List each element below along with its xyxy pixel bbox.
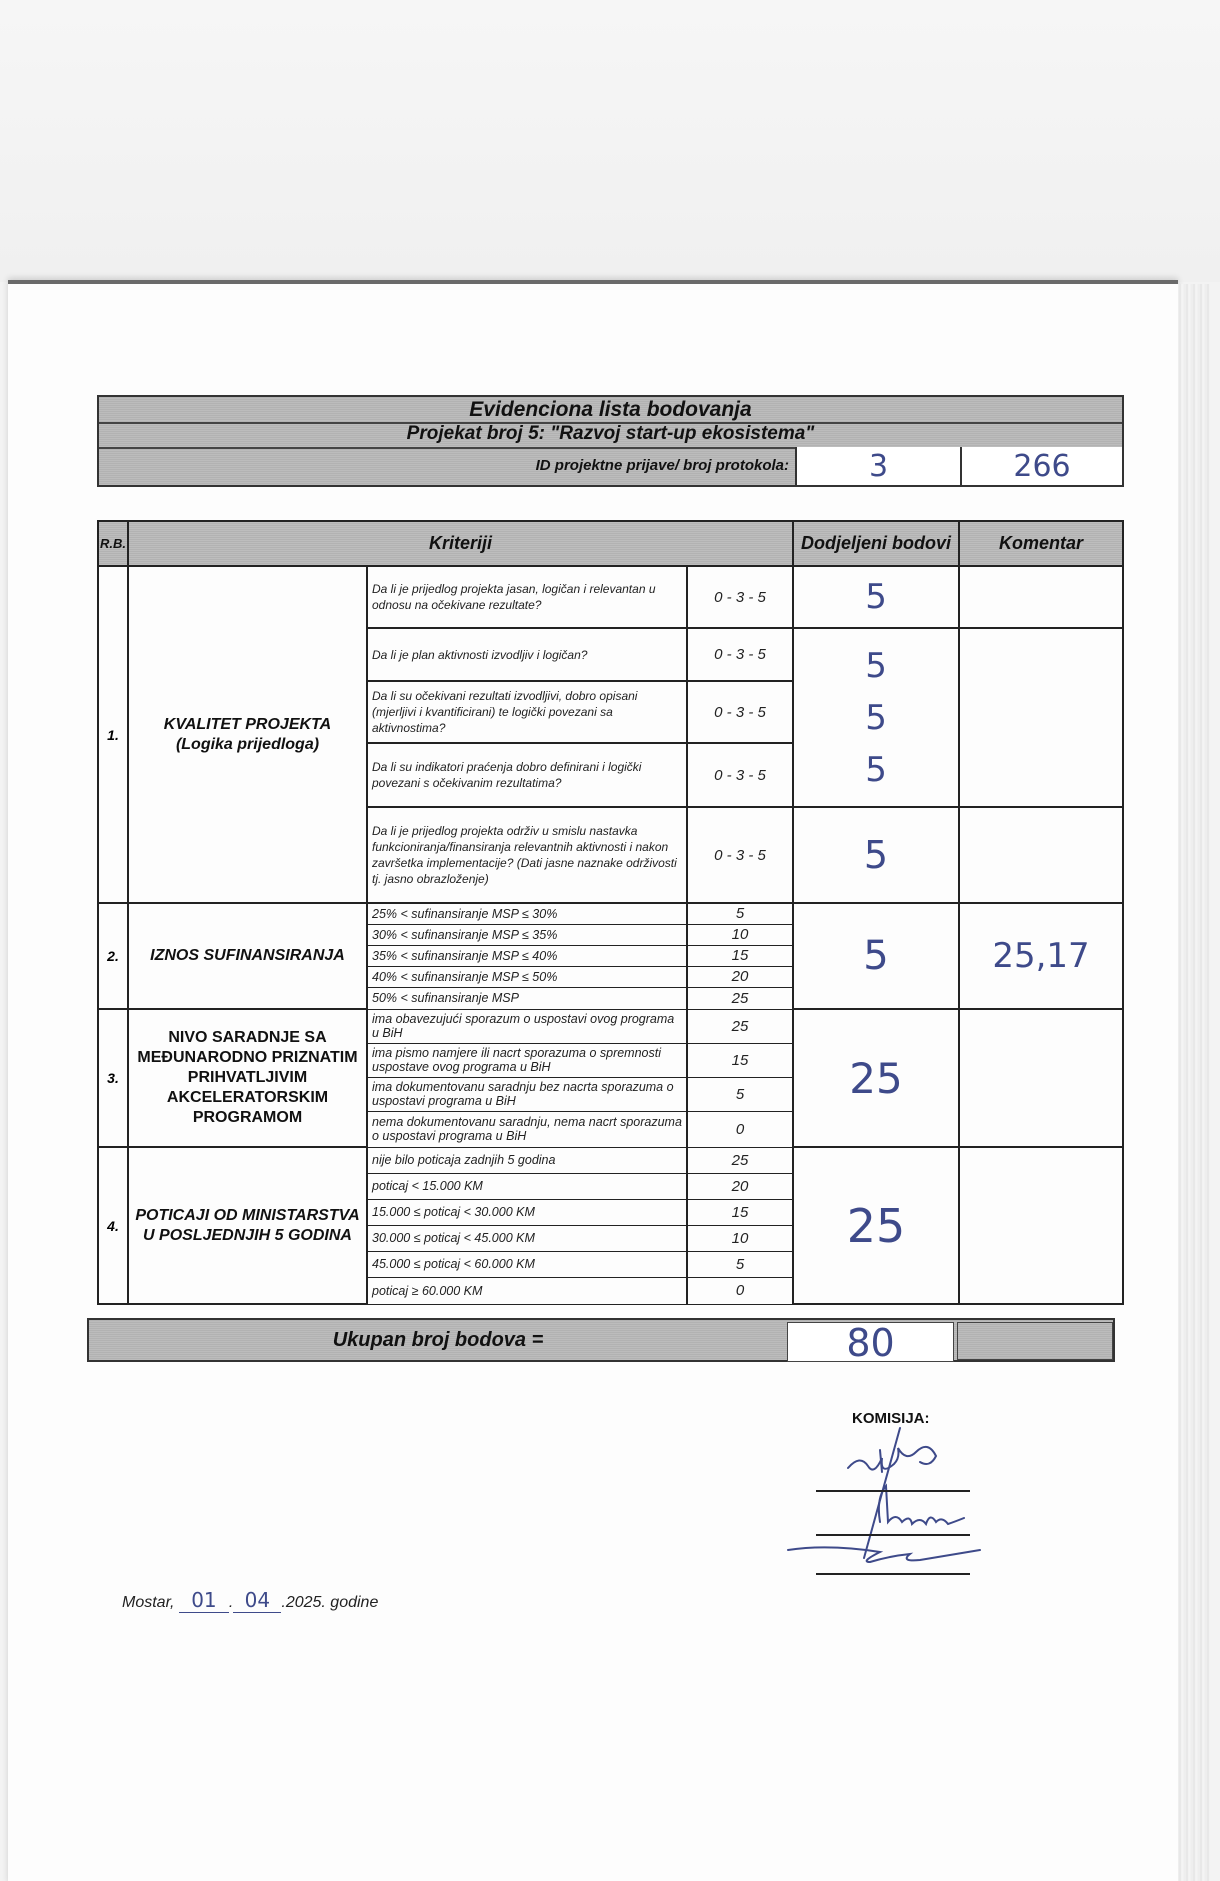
table-row: 3. NIVO SARADNJE SA MEĐUNARODNO PRIZNATI…: [98, 1009, 1123, 1043]
option-label: ima pismo namjere ili nacrt sporazuma o …: [367, 1043, 687, 1077]
option-label: 40% < sufinansiranje MSP ≤ 50%: [367, 966, 687, 987]
score-range: 0 - 3 - 5: [687, 681, 793, 743]
criterion-question: Da li je prijedlog projekta jasan, logič…: [367, 566, 687, 628]
assigned-score[interactable]: 5: [793, 566, 959, 628]
option-points: 5: [687, 1077, 793, 1111]
criterion-title: KVALITET PROJEKTA: [129, 715, 366, 735]
comment-cell[interactable]: [959, 628, 1123, 807]
criterion-name: IZNOS SUFINANSIRANJA: [128, 903, 367, 1009]
option-label: 50% < sufinansiranje MSP: [367, 987, 687, 1009]
table-row: 4. POTICAJI OD MINISTARSTVA U POSLJEDNJI…: [98, 1147, 1123, 1173]
option-points: 25: [687, 1147, 793, 1173]
place-date: Mostar, 01.04.2025. godine: [122, 1588, 378, 1613]
criterion-question: Da li su indikatori praćenja dobro defin…: [367, 743, 687, 807]
option-points: 15: [687, 1199, 793, 1225]
option-points: 20: [687, 966, 793, 987]
id-label: ID projektne prijave/ broj protokola:: [99, 447, 795, 485]
option-label: 45.000 ≤ poticaj < 60.000 KM: [367, 1251, 687, 1277]
option-points: 10: [687, 924, 793, 945]
assigned-score[interactable]: 25: [793, 1009, 959, 1147]
criterion-question: Da li je plan aktivnosti izvodljiv i log…: [367, 628, 687, 681]
criterion-subtitle: (Logika prijedloga): [129, 735, 366, 755]
option-label: 25% < sufinansiranje MSP ≤ 30%: [367, 903, 687, 924]
protocol-value[interactable]: 266: [960, 447, 1122, 485]
assigned-score[interactable]: 5: [793, 807, 959, 903]
header-criteria: Kriteriji: [128, 521, 793, 566]
project-title: Projekat broj 5: "Razvoj start-up ekosis…: [99, 422, 1122, 449]
background-band: [0, 0, 1220, 282]
option-label: 30.000 ≤ poticaj < 45.000 KM: [367, 1225, 687, 1251]
option-points: 5: [687, 1251, 793, 1277]
criterion-number: 4.: [98, 1147, 128, 1304]
document-title: Evidenciona lista bodovanja: [99, 397, 1122, 424]
option-label: poticaj < 15.000 KM: [367, 1173, 687, 1199]
option-label: 15.000 ≤ poticaj < 30.000 KM: [367, 1199, 687, 1225]
date-day[interactable]: 01: [179, 1588, 229, 1613]
option-points: 0: [687, 1277, 793, 1304]
comment-cell[interactable]: [959, 807, 1123, 903]
assigned-score[interactable]: 5: [793, 903, 959, 1009]
option-points: 15: [687, 945, 793, 966]
option-label: nije bilo poticaja zadnjih 5 godina: [367, 1147, 687, 1173]
assigned-score: 5: [794, 744, 958, 796]
total-label: Ukupan broj bodova =: [89, 1320, 787, 1360]
signatures: [780, 1410, 1040, 1580]
header-rb: R.B.: [98, 521, 128, 566]
criterion-question: Da li su očekivani rezultati izvodljivi,…: [367, 681, 687, 743]
document-header: Evidenciona lista bodovanja Projekat bro…: [97, 395, 1124, 487]
header-comment: Komentar: [959, 521, 1123, 566]
criterion-number: 2.: [98, 903, 128, 1009]
comment-cell[interactable]: [959, 1009, 1123, 1147]
signature-3-icon: [788, 1547, 980, 1562]
criterion-number: 1.: [98, 566, 128, 903]
option-points: 25: [687, 987, 793, 1009]
assigned-score: 5: [794, 640, 958, 692]
criterion-question: Da li je prijedlog projekta održiv u smi…: [367, 807, 687, 903]
comment-cell[interactable]: [959, 566, 1123, 628]
signature-line: [816, 1490, 970, 1492]
table-row: 1. KVALITET PROJEKTA (Logika prijedloga)…: [98, 566, 1123, 628]
header-points: Dodjeljeni bodovi: [793, 521, 959, 566]
score-range: 0 - 3 - 5: [687, 628, 793, 681]
option-points: 15: [687, 1043, 793, 1077]
assigned-score[interactable]: 25: [793, 1147, 959, 1304]
option-label: ima obavezujući sporazum o uspostavi ovo…: [367, 1009, 687, 1043]
score-range: 0 - 3 - 5: [687, 743, 793, 807]
total-comment-cell: [957, 1322, 1113, 1360]
option-label: nema dokumentovanu saradnju, nema nacrt …: [367, 1111, 687, 1147]
criterion-name: POTICAJI OD MINISTARSTVA U POSLJEDNJIH 5…: [128, 1147, 367, 1304]
option-label: ima dokumentovanu saradnju bez nacrta sp…: [367, 1077, 687, 1111]
place: Mostar,: [122, 1594, 174, 1611]
score-range: 0 - 3 - 5: [687, 807, 793, 903]
signature-line: [816, 1534, 970, 1536]
comment-cell[interactable]: [959, 1147, 1123, 1304]
scoring-table: R.B. Kriteriji Dodjeljeni bodovi Komenta…: [97, 520, 1124, 1305]
id-value[interactable]: 3: [795, 447, 960, 485]
total-bar: Ukupan broj bodova = 80: [87, 1318, 1115, 1362]
option-label: 30% < sufinansiranje MSP ≤ 35%: [367, 924, 687, 945]
table-row: 2. IZNOS SUFINANSIRANJA 25% < sufinansir…: [98, 903, 1123, 924]
option-points: 0: [687, 1111, 793, 1147]
option-points: 10: [687, 1225, 793, 1251]
assigned-score: 5: [794, 692, 958, 744]
page-stack-edge: [1178, 284, 1210, 1881]
criterion-name: NIVO SARADNJE SA MEĐUNARODNO PRIZNATIM P…: [128, 1009, 367, 1147]
option-label: 35% < sufinansiranje MSP ≤ 40%: [367, 945, 687, 966]
criterion-name: KVALITET PROJEKTA (Logika prijedloga): [128, 566, 367, 903]
option-label: poticaj ≥ 60.000 KM: [367, 1277, 687, 1304]
score-range: 0 - 3 - 5: [687, 566, 793, 628]
criterion-number: 3.: [98, 1009, 128, 1147]
date-year: .2025. godine: [281, 1594, 378, 1611]
option-points: 20: [687, 1173, 793, 1199]
table-header-row: R.B. Kriteriji Dodjeljeni bodovi Komenta…: [98, 521, 1123, 566]
comment-cell[interactable]: 25,17: [959, 903, 1123, 1009]
option-points: 5: [687, 903, 793, 924]
signature-line: [816, 1573, 970, 1575]
assigned-score-group[interactable]: 5 5 5: [793, 628, 959, 807]
date-month[interactable]: 04: [233, 1588, 281, 1613]
option-points: 25: [687, 1009, 793, 1043]
total-value[interactable]: 80: [787, 1322, 954, 1362]
